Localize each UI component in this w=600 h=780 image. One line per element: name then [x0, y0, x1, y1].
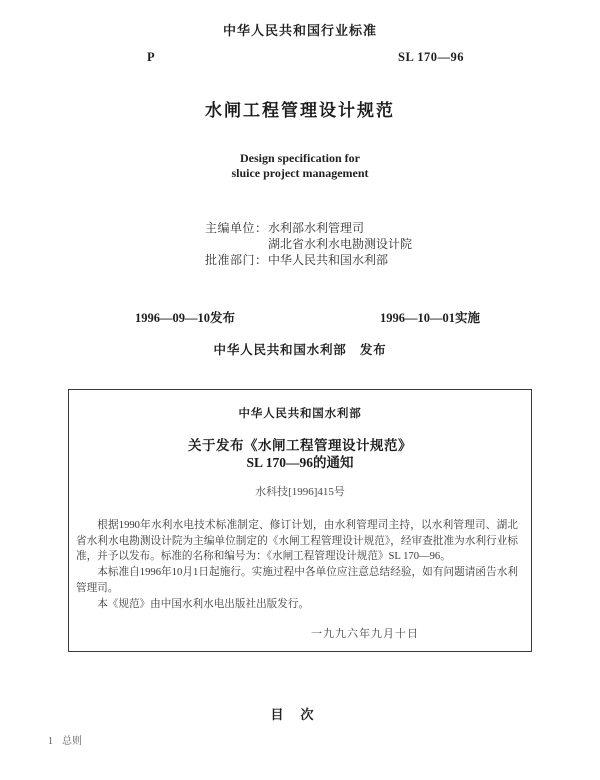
english-title-line1: Design specification for: [0, 151, 600, 166]
document-page: 中华人民共和国行业标准 P SL 170—96 水闸工程管理设计规范 Desig…: [0, 0, 600, 780]
english-title-line2: sluice project management: [0, 166, 600, 181]
toc-item-title: 总则: [62, 736, 82, 747]
approver-label: 批准部门：: [205, 252, 268, 268]
notice-box: 中华人民共和国水利部 关于发布《水闸工程管理设计规范》 SL 170—96的通知…: [68, 389, 532, 652]
notice-doc-number: 水科技[1996]415号: [69, 485, 531, 500]
notice-paragraph-3: 本《规范》由中国水利水电出版社出版发行。: [76, 597, 518, 613]
editor-label: 主编单位：: [205, 220, 268, 236]
editor-row-continued: 湖北省水利水电勘测设计院: [205, 236, 412, 252]
notice-title-line1: 关于发布《水闸工程管理设计规范》: [69, 437, 531, 454]
editor-value-line2: 湖北省水利水电勘测设计院: [268, 236, 412, 252]
effective-date: 1996—10—01实施: [380, 308, 480, 326]
approver-value: 中华人民共和国水利部: [268, 252, 388, 268]
issue-date: 1996—09—10发布: [135, 308, 235, 326]
dates-row: 1996—09—10发布 1996—10—01实施: [0, 308, 600, 324]
classification-code: P: [147, 50, 155, 65]
toc-item-number: 1: [48, 736, 53, 747]
notice-paragraph-1: 根据1990年水利水电技术标准制定、修订计划，由水利管理司主持，以水利管理司、湖…: [76, 518, 518, 565]
document-title: 水闸工程管理设计规范: [0, 96, 600, 121]
approver-row: 批准部门： 中华人民共和国水利部: [205, 252, 412, 268]
standard-number: SL 170—96: [398, 50, 464, 65]
publisher-line: 中华人民共和国水利部 发布: [0, 340, 600, 358]
editor-value-line1: 水利部水利管理司: [268, 220, 364, 236]
notice-body: 根据1990年水利水电技术标准制定、修订计划，由水利管理司主持，以水利管理司、湖…: [69, 518, 531, 612]
toc-heading: 目 次: [0, 704, 600, 723]
notice-date: 一九九六年九月十日: [69, 626, 531, 642]
toc-item-1: 1总则: [48, 735, 82, 749]
notice-title-line2: SL 170—96的通知: [69, 454, 531, 471]
notice-paragraph-2: 本标准自1996年10月1日起施行。实施过程中各单位应注意总结经验，如有问题请函…: [76, 565, 518, 596]
editor-row: 主编单位： 水利部水利管理司: [205, 220, 412, 236]
standard-type-heading: 中华人民共和国行业标准: [0, 20, 600, 39]
notice-ministry: 中华人民共和国水利部: [69, 406, 531, 422]
code-row: P SL 170—96: [0, 50, 600, 66]
organization-block: 主编单位： 水利部水利管理司 湖北省水利水电勘测设计院 批准部门： 中华人民共和…: [205, 220, 412, 268]
